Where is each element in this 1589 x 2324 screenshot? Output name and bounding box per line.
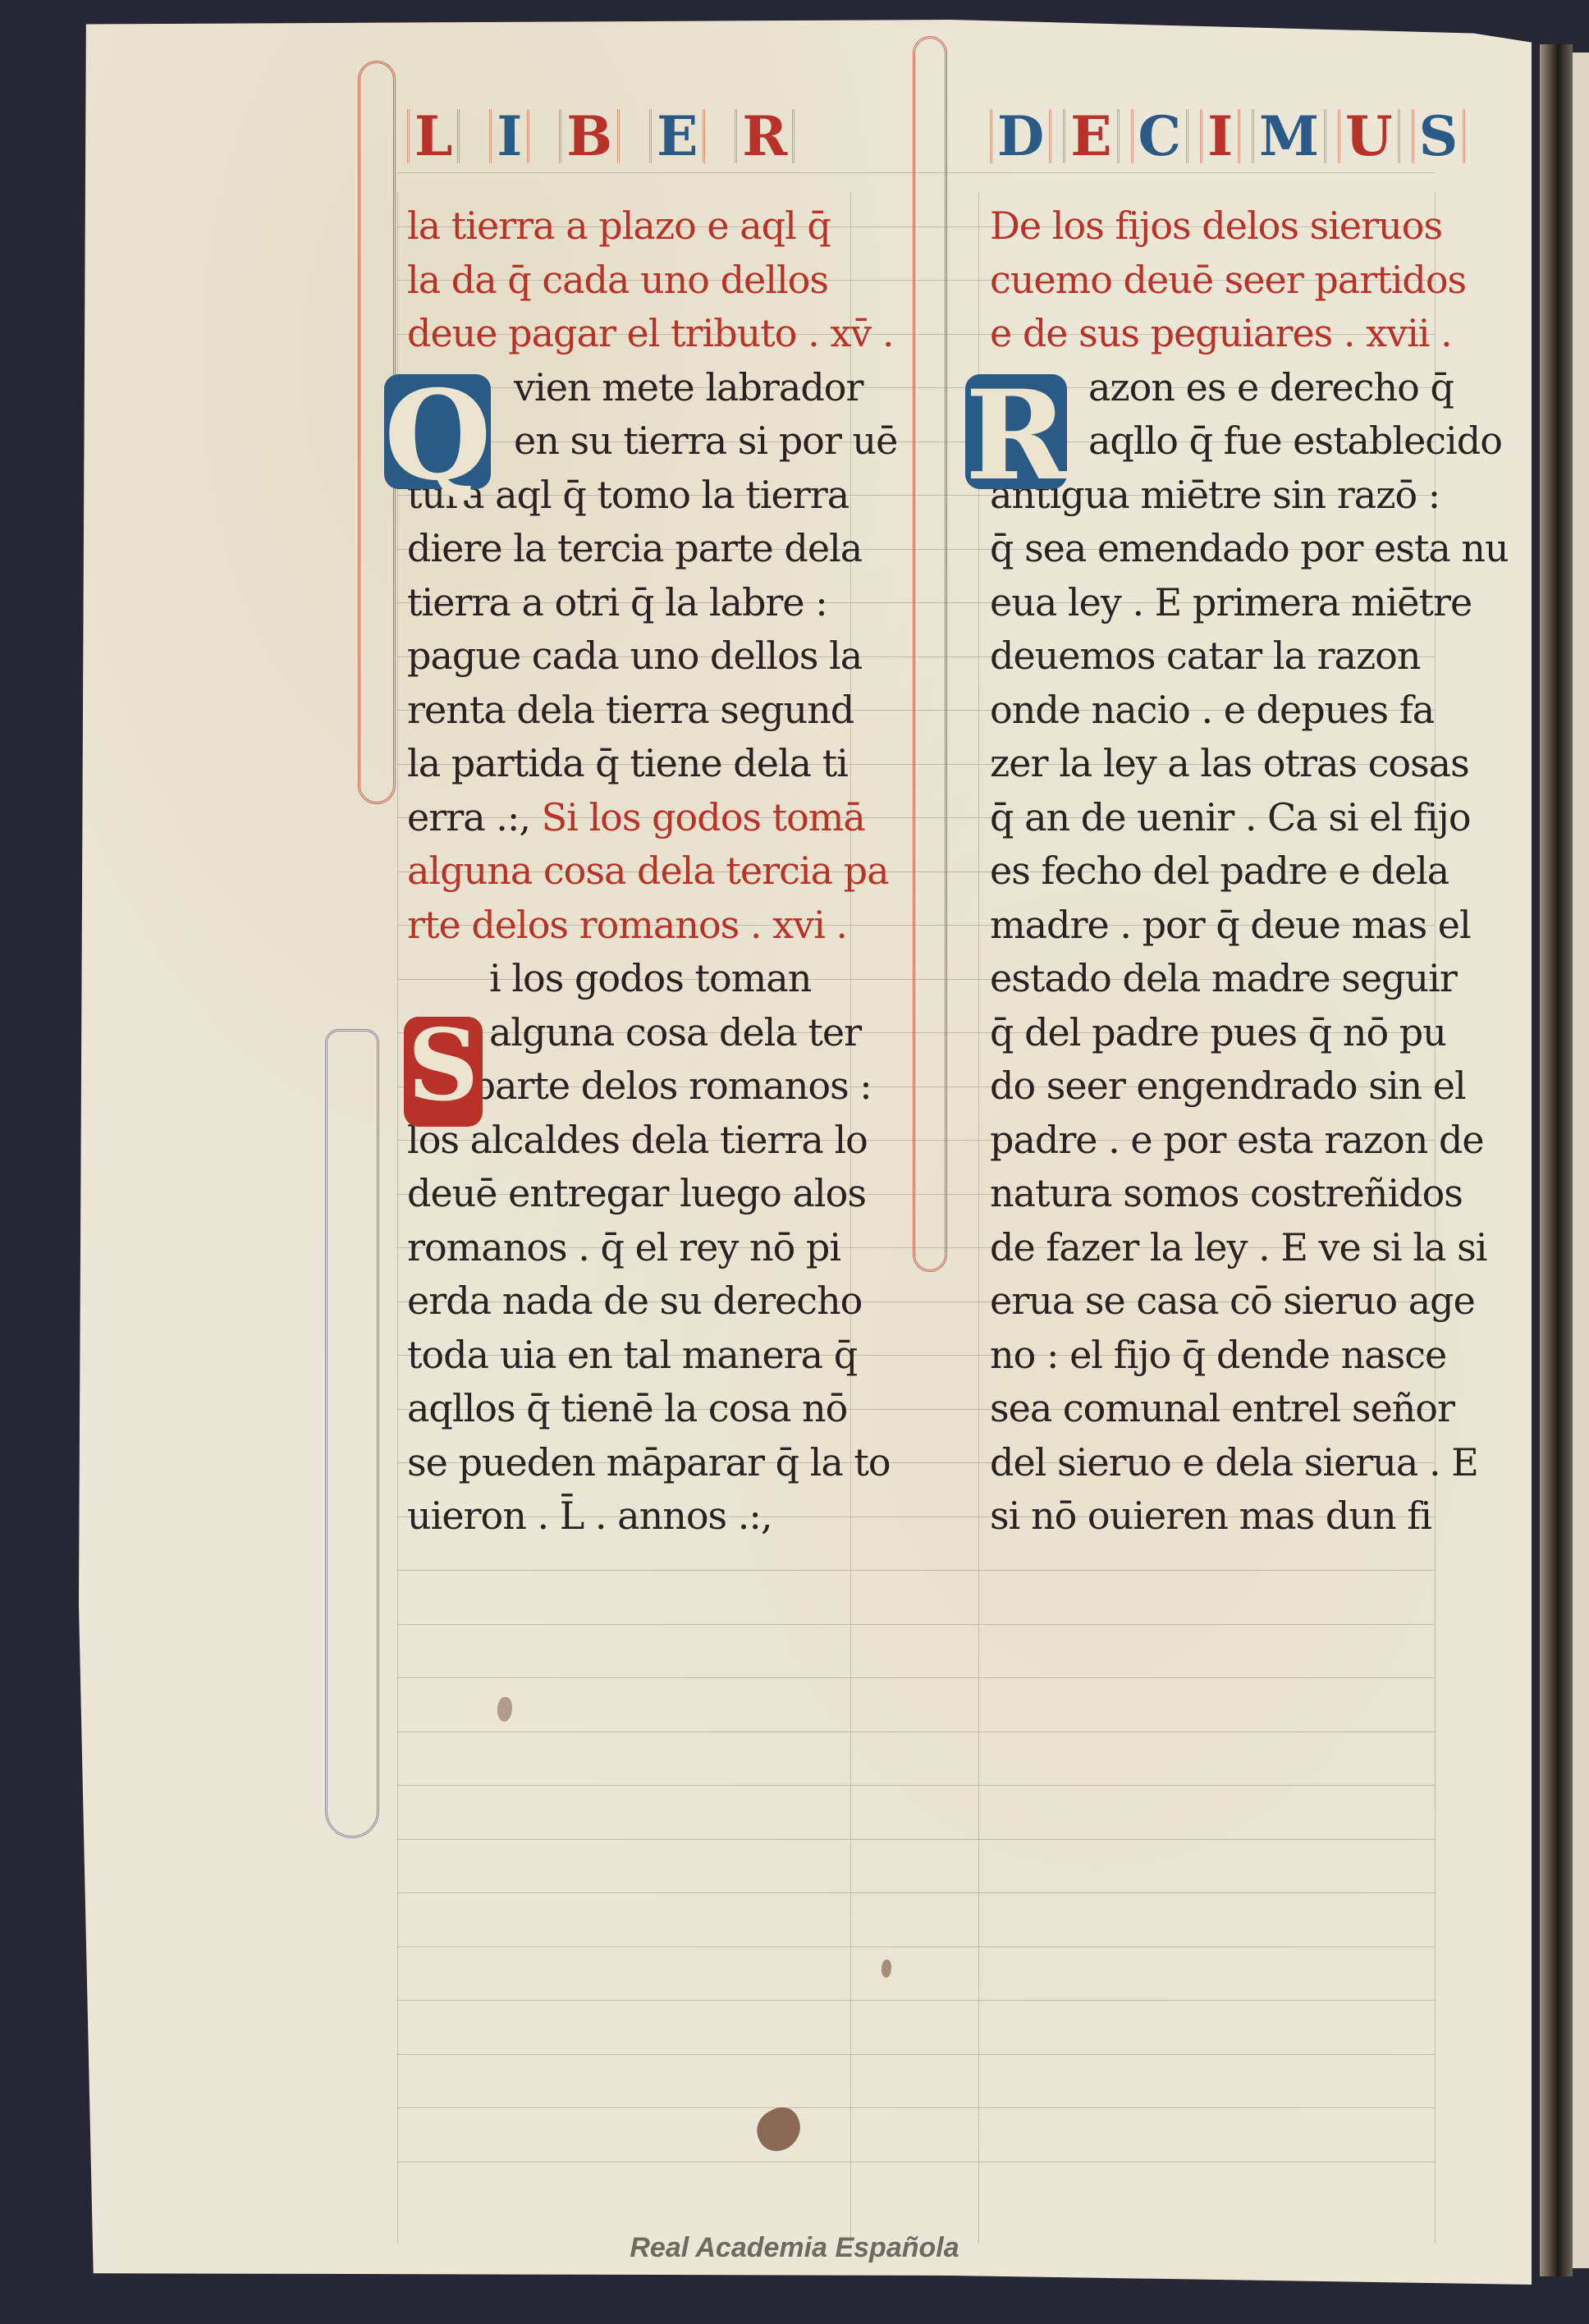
header-letter: I	[1200, 109, 1240, 163]
left-column: L I B E R la tierra a plazo e aql q̄ la …	[407, 98, 867, 1544]
text-line: do seer engendrado sin el	[990, 1059, 1482, 1114]
ruling-line	[397, 2054, 1435, 2055]
text-line: de fazer la ley . E ve si la si	[990, 1221, 1482, 1275]
ruling-line	[397, 2162, 1435, 2162]
watermark-credit: Real Academia Española	[0, 2232, 1589, 2264]
text-line: diere la tercia parte dela	[407, 522, 867, 576]
ruling-line	[397, 2107, 1435, 2108]
text-line: aqllos q̄ tienē la cosa nō	[407, 1382, 867, 1436]
text-line: renta dela tierra segund	[407, 684, 867, 738]
ruling-line	[397, 1785, 1435, 1786]
text-line: del sieruo e dela sierua . E	[990, 1436, 1482, 1490]
right-column: D E C I M U S De los fijos delos sieruos…	[990, 98, 1482, 1544]
text-line: si nō ouieren mas dun fi	[990, 1489, 1482, 1544]
text-line: pague cada uno dellos la	[407, 629, 867, 684]
text-line: romanos . q̄ el rey nō pi	[407, 1221, 867, 1275]
text-segment: erra .:,	[407, 795, 530, 839]
header-letter: M	[1252, 109, 1326, 163]
header-letter: U	[1338, 109, 1400, 163]
text-line: tierra a otri q̄ la labre :	[407, 576, 867, 630]
ruling-line	[397, 1892, 1435, 1893]
text-line-mixed: erra .:, Si los godos tomā	[407, 791, 867, 845]
ruling-line	[397, 1624, 1435, 1625]
header-letter: S	[1412, 109, 1466, 163]
text-line: toda uia en tal manera q̄	[407, 1329, 867, 1383]
text-line: erda nada de su derecho	[407, 1274, 867, 1329]
header-letter: L	[407, 109, 460, 163]
text-line: estado dela madre seguir	[990, 952, 1482, 1006]
text-line: natura somos costreñidos	[990, 1167, 1482, 1221]
text-line: madre . por q̄ deue mas el	[990, 899, 1482, 953]
header-letter: B	[559, 109, 620, 163]
text-line: i los godos toman	[407, 952, 867, 1006]
text-line: erua se casa cō sieruo age	[990, 1274, 1482, 1329]
text-line: padre . e por esta razon de	[990, 1114, 1482, 1168]
text-line: q̄ an de uenir . Ca si el fijo	[990, 791, 1482, 845]
rubric-line: cuemo deuē seer partidos	[990, 254, 1482, 308]
text-line: eua ley . E primera miētre	[990, 576, 1482, 630]
text-line: q̄ del padre pues q̄ nō pu	[990, 1006, 1482, 1060]
rubric-line: alguna cosa dela tercia pa	[407, 844, 867, 899]
rubric-line: deue pagar el tributo . xv̄ .	[407, 307, 867, 361]
illuminated-initial-s: S	[404, 1017, 483, 1127]
binding-gutter	[1540, 44, 1573, 2276]
ruling-line	[397, 1839, 1435, 1840]
text-line: no : el fijo q̄ dende nasce	[990, 1329, 1482, 1383]
rubric-line: De los fijos delos sieruos	[990, 199, 1482, 254]
rubric-line: la da q̄ cada uno dellos	[407, 254, 867, 308]
text-line: onde nacio . e depues fa	[990, 684, 1482, 738]
next-leaf-edge	[1573, 53, 1589, 2268]
running-header-left: L I B E R	[407, 98, 867, 163]
running-header-right: D E C I M U S	[990, 98, 1482, 163]
illuminated-initial-q: Q	[384, 374, 491, 489]
text-line: zer la ley a las otras cosas	[990, 737, 1482, 791]
ruling-line	[397, 2000, 1435, 2001]
ruling-line	[397, 1677, 1435, 1678]
header-letter: D	[990, 109, 1051, 163]
left-margin-flourish-grey	[325, 1029, 379, 1838]
text-line: q̄ sea emendado por esta nu	[990, 522, 1482, 576]
ruling-line	[397, 1732, 1435, 1732]
rubric-line: la tierra a plazo e aql q̄	[407, 199, 867, 254]
text-line: deuē entregar luego alos	[407, 1167, 867, 1221]
text-line: uieron . L̄ . annos .:,	[407, 1489, 867, 1544]
header-letter: E	[649, 109, 705, 163]
manuscript-page: L I B E R la tierra a plazo e aql q̄ la …	[79, 20, 1548, 2285]
text-line: deuemos catar la razon	[990, 629, 1482, 684]
text-line: es fecho del padre e dela	[990, 844, 1482, 899]
rubric-segment: Si los godos tomā	[542, 795, 865, 839]
header-letter: R	[735, 109, 794, 163]
ruling-line	[397, 1947, 1435, 1947]
text-line: sea comunal entrel señor	[990, 1382, 1482, 1436]
header-letter: E	[1063, 109, 1119, 163]
center-margin-flourish-red	[913, 36, 947, 1272]
text-line: se pueden māparar q̄ la to	[407, 1436, 867, 1490]
illuminated-initial-r: R	[965, 374, 1067, 489]
rubric-line: e de sus peguiares . xvii .	[990, 307, 1482, 361]
ruling-line	[397, 1570, 1435, 1571]
rubric-line: rte delos romanos . xvi .	[407, 899, 867, 953]
header-letter: C	[1131, 109, 1189, 163]
header-letter: I	[489, 109, 529, 163]
text-line: la partida q̄ tiene dela ti	[407, 737, 867, 791]
